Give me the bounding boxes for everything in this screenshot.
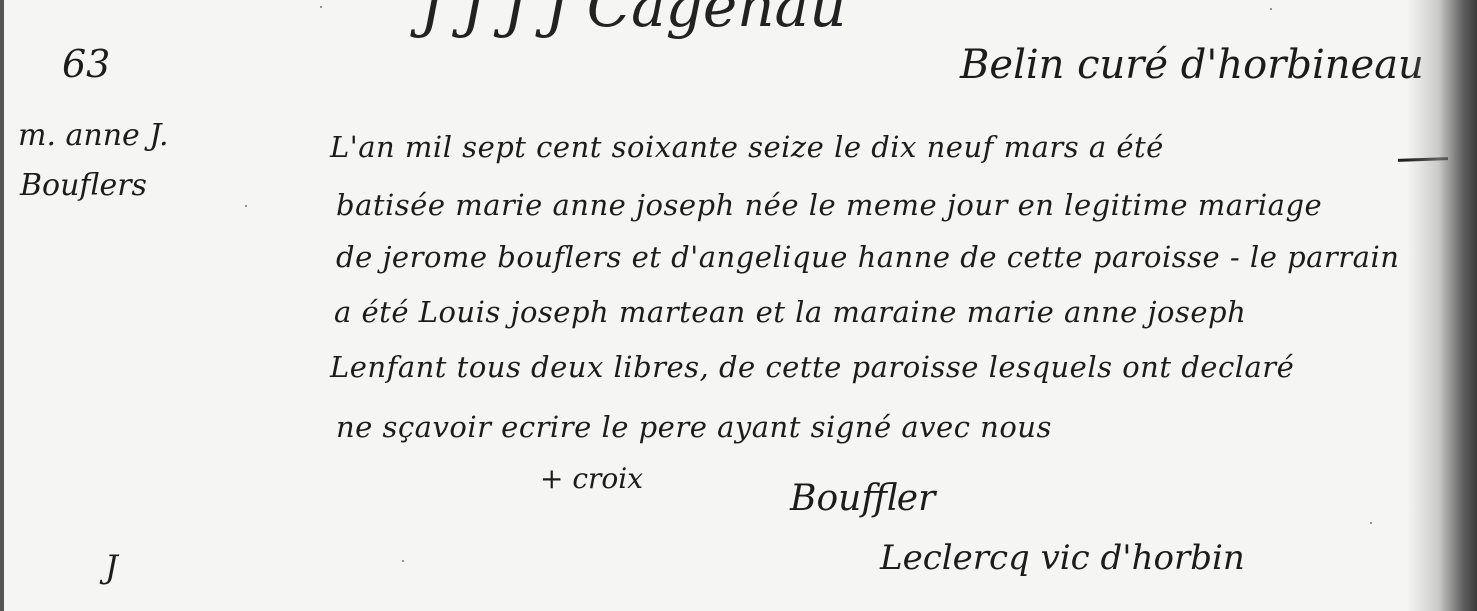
cross-mark-signature: + croix (540, 462, 643, 495)
paper-speck (245, 205, 247, 207)
page-binding-shadow (1407, 0, 1477, 611)
entry-number: 63 (62, 42, 110, 86)
paper-speck (320, 6, 322, 8)
next-entry-margin-mark: J (105, 548, 118, 586)
record-line-2: batisée marie anne joseph née le meme jo… (336, 188, 1322, 222)
vicar-signature: Leclercq vic d'horbin (880, 538, 1245, 578)
margin-name-line2: Bouflers (20, 168, 147, 203)
page-left-edge (0, 0, 4, 611)
paper-speck (1270, 8, 1272, 10)
paper-speck (402, 560, 404, 562)
record-line-6: ne sçavoir ecrire le pere ayant signé av… (336, 410, 1052, 444)
register-page: J J J J Cagenau Belin curé d'horbineau 6… (0, 0, 1477, 611)
record-line-5: Lenfant tous deux libres, de cette paroi… (330, 350, 1294, 384)
record-line-4: a été Louis joseph martean et la maraine… (334, 295, 1246, 329)
previous-entry-signature-strokes: J J J J Cagenau (420, 0, 846, 40)
record-line-1: L'an mil sept cent soixante seize le dix… (330, 130, 1164, 164)
father-signature: Bouffler (790, 478, 935, 519)
margin-name-line1: m. anne J. (18, 118, 169, 153)
record-line-3: de jerome bouflers et d'angelique hanne … (336, 240, 1399, 274)
cure-signature: Belin curé d'horbineau (960, 42, 1424, 88)
paper-speck (1370, 522, 1372, 524)
